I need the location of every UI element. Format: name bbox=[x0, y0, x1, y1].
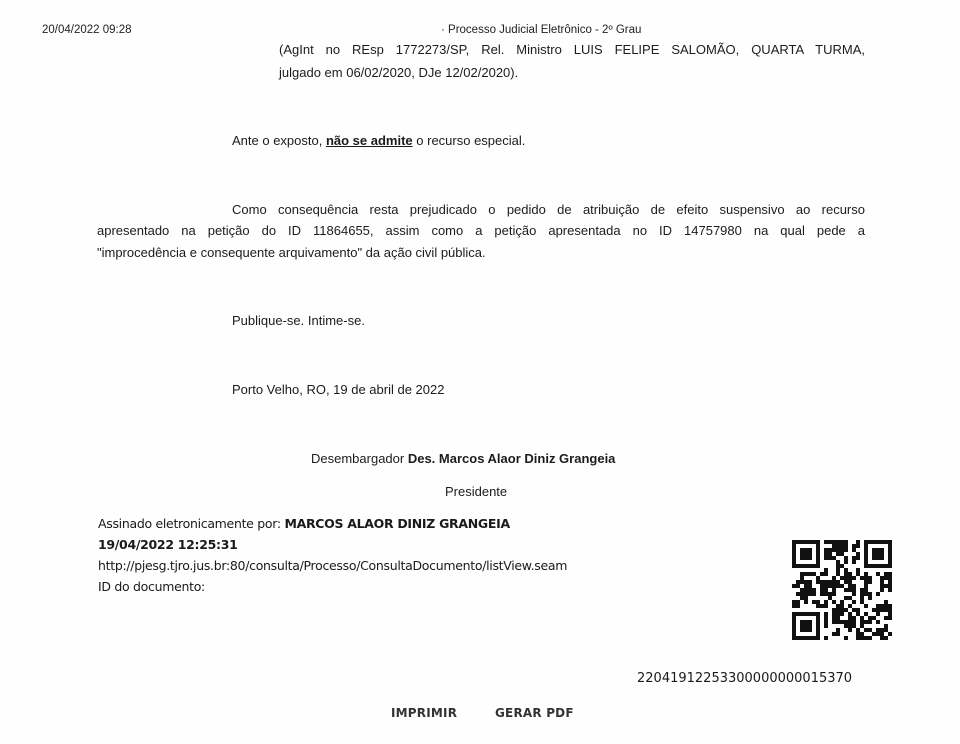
verification-url[interactable]: http://pjesg.tjro.jus.br:80/consulta/Pro… bbox=[98, 558, 567, 573]
signer-prefix: Desembargador bbox=[311, 451, 408, 466]
citation-line-1: (AgInt no REsp 1772273/SP, Rel. Ministro… bbox=[279, 42, 865, 57]
consequence-line-3: "improcedência e consequente arquivament… bbox=[97, 245, 486, 260]
decision-suffix: o recurso especial. bbox=[413, 133, 526, 148]
document-id-value: 22041912253300000000015370 bbox=[637, 671, 852, 686]
signed-by-label: Assinado eletronicamente por: bbox=[98, 516, 284, 531]
document-id-label: ID do documento: bbox=[98, 579, 205, 594]
system-title: · Processo Judicial Eletrônico - 2º Grau bbox=[441, 24, 641, 36]
citation-line-2: julgado em 06/02/2020, DJe 12/02/2020). bbox=[279, 65, 518, 80]
publish-notice: Publique-se. Intime-se. bbox=[232, 313, 365, 328]
decision-emphasis: não se admite bbox=[326, 133, 413, 148]
print-datetime: 20/04/2022 09:28 bbox=[42, 24, 132, 36]
signed-by-name: MARCOS ALAOR DINIZ GRANGEIA bbox=[284, 516, 509, 531]
print-button[interactable]: IMPRIMIR bbox=[391, 706, 457, 720]
signature-timestamp: 19/04/2022 12:25:31 bbox=[98, 537, 238, 552]
decision-paragraph: Ante o exposto, não se admite o recurso … bbox=[232, 133, 525, 148]
consequence-line-1: Como consequência resta prejudicado o pe… bbox=[232, 202, 865, 217]
place-date: Porto Velho, RO, 19 de abril de 2022 bbox=[232, 382, 444, 397]
decision-prefix: Ante o exposto, bbox=[232, 133, 326, 148]
qr-code-icon bbox=[792, 540, 892, 640]
signed-by: Assinado eletronicamente por: MARCOS ALA… bbox=[98, 516, 510, 531]
signer-name: Des. Marcos Alaor Diniz Grangeia bbox=[408, 451, 616, 466]
signer-role: Presidente bbox=[445, 484, 507, 499]
consequence-line-2: apresentado na petição do ID 11864655, a… bbox=[97, 223, 865, 238]
generate-pdf-button[interactable]: GERAR PDF bbox=[495, 706, 574, 720]
signer-line: Desembargador Des. Marcos Alaor Diniz Gr… bbox=[311, 451, 615, 466]
